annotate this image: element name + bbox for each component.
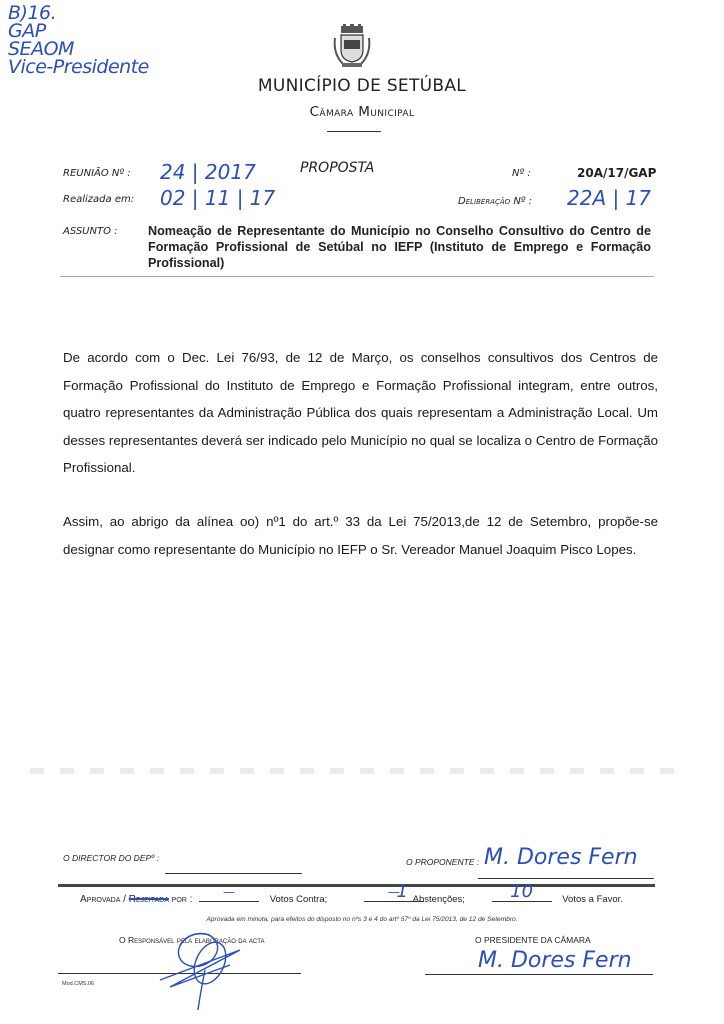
director-label: O DIRECTOR DO DEPº : — [63, 853, 159, 863]
presidente-signature: M. Dores Fern — [478, 948, 632, 973]
por-value: — — [199, 885, 259, 899]
responsavel-signature-icon — [150, 925, 250, 1010]
realizada-value: 02 | 11 | 17 — [160, 186, 275, 210]
proponente-signature: M. Dores Fern — [484, 845, 638, 870]
realizada-label: Realizada em: — [63, 194, 134, 205]
handwritten-note: B)16. GAP SEAOM Vice-Presidente — [8, 4, 149, 76]
aprovada-label: Aprovada — [80, 894, 120, 905]
form-code: Mod.CMS.06 — [62, 981, 94, 987]
minute-note: Aprovada em minuta, para efeitos do disp… — [0, 916, 724, 923]
doc-type: PROPOSTA — [300, 160, 374, 176]
assunto-text: Nomeação de Representante do Município n… — [148, 223, 651, 271]
bleed-through-text — [30, 768, 680, 774]
org-name: MUNICÍPIO DE SETÚBAL — [0, 76, 724, 96]
rejeitada-label: Rejeitada — [129, 894, 169, 905]
org-subtitle: Câmara Municipal — [0, 104, 724, 120]
reuniao-label: REUNIÃO Nº : — [63, 168, 131, 179]
deliberacao-label: Deliberação Nº : — [458, 196, 532, 207]
note-line: Vice-Presidente — [8, 58, 149, 76]
numero-value: 20A/17/GAP — [577, 166, 656, 180]
votos-contra-field: — — [364, 901, 424, 902]
numero-label: Nº : — [512, 168, 531, 179]
votos-favor-label: Votos a Favor. — [562, 894, 623, 905]
deliberacao-value: 22A | 17 — [567, 186, 651, 210]
votos-favor-value: 10 — [492, 881, 552, 902]
body-paragraph: Assim, ao abrigo da alínea oo) nº1 do ar… — [63, 508, 658, 563]
por-label: por : — [169, 894, 193, 905]
votos-contra-label: Votos Contra; — [270, 894, 328, 905]
assunto-divider — [60, 276, 654, 277]
header-divider — [327, 131, 381, 132]
votos-contra-value: — — [364, 885, 424, 899]
director-signature-line — [165, 873, 302, 874]
municipal-crest-icon — [333, 24, 371, 68]
abstencoes-value: 1 — [397, 881, 408, 902]
proponente-label: O PROPONENTE : — [406, 857, 479, 867]
votos-favor-field: 10 — [492, 901, 552, 902]
proponente-signature-line — [478, 878, 654, 879]
assunto-label: ASSUNTO : — [63, 226, 118, 237]
separator: / — [120, 894, 128, 905]
reuniao-value: 24 | 2017 — [160, 160, 256, 184]
footer-divider — [58, 884, 655, 887]
body-paragraph: De acordo com o Dec. Lei 76/93, de 12 de… — [63, 344, 658, 482]
presidente-label: O PRESIDENTE DA CÂMARA — [475, 935, 591, 945]
por-field: — — [199, 901, 259, 902]
presidente-signature-line — [425, 974, 653, 975]
vote-row: Aprovada / Rejeitada por : — Votos Contr… — [80, 894, 623, 905]
